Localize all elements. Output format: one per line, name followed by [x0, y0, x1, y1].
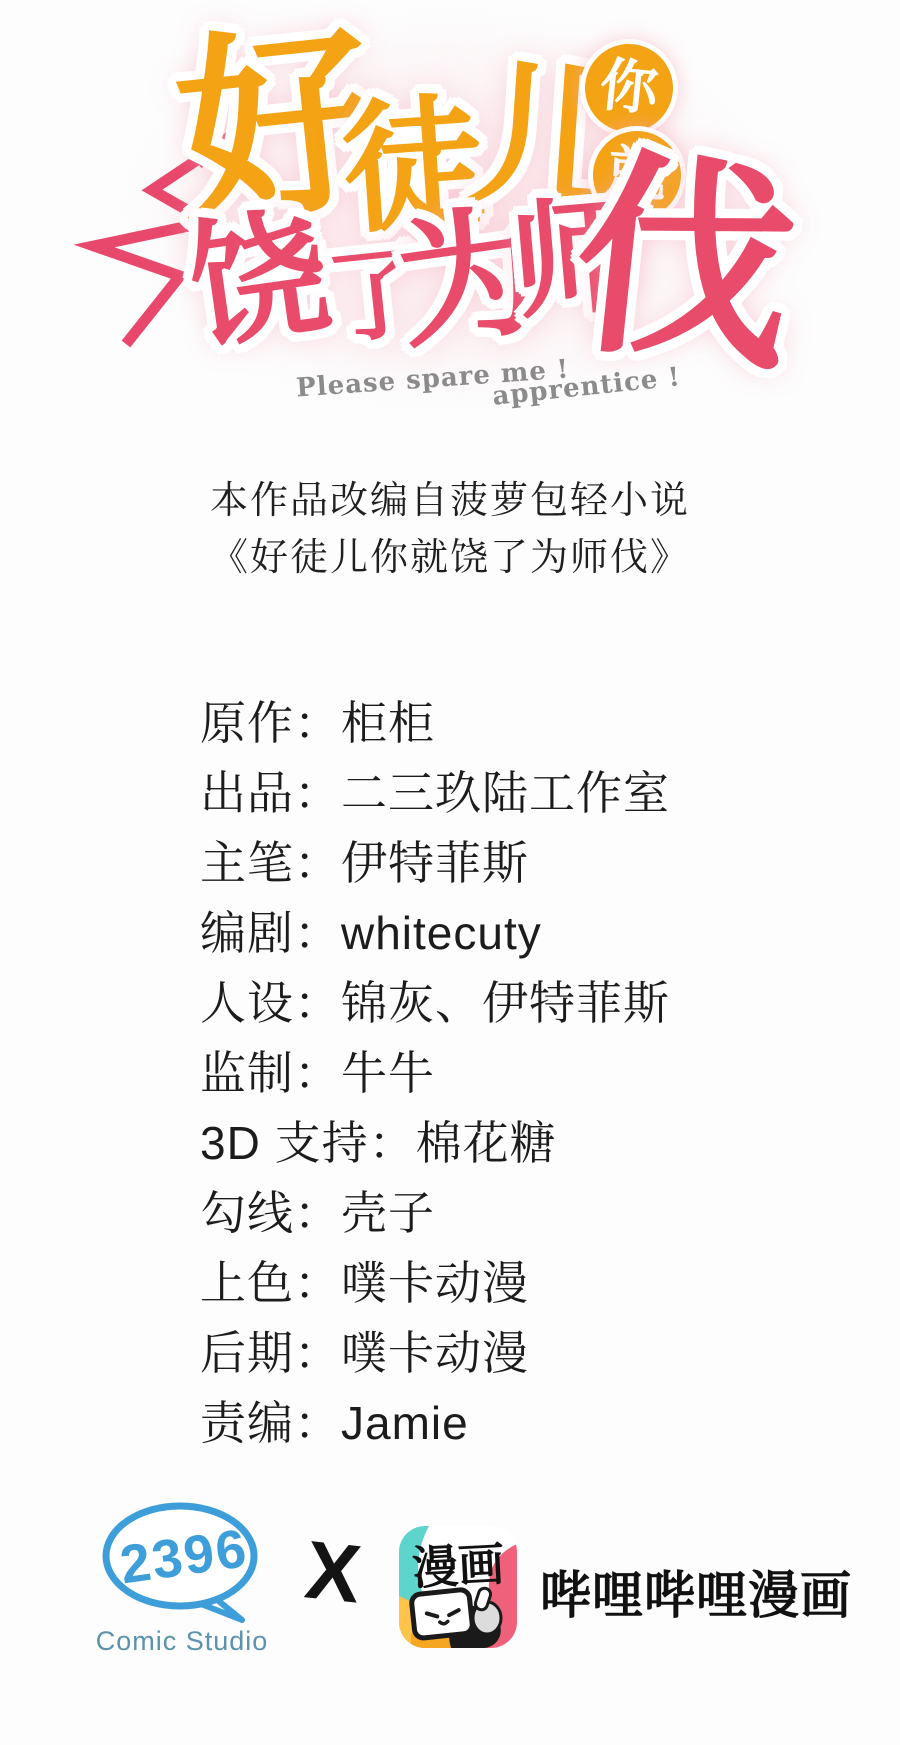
credit-row-supervisor: 监制：牛牛	[200, 1038, 670, 1108]
credit-role: 3D 支持	[200, 1117, 369, 1169]
credit-name: 二三玖陆工作室	[341, 767, 670, 819]
bilibili-manga-app-icon: 漫画	[399, 1526, 517, 1648]
credit-name: 棉花糖	[416, 1117, 557, 1169]
credit-name: 噗卡动漫	[341, 1327, 529, 1379]
comic-credits-page: 好 徒 儿 你 就 饶 了 为 师 伐 Please spare me ! ap…	[0, 0, 900, 1745]
credit-name: 噗卡动漫	[341, 1257, 529, 1309]
credit-row-screenwriter: 编剧：whitecuty	[200, 898, 670, 968]
credit-role: 原作	[200, 697, 294, 749]
adaptation-note: 本作品改编自菠萝包轻小说 《好徒儿你就饶了为师伐》	[0, 482, 900, 577]
credit-colon: ：	[369, 1117, 416, 1169]
credit-name: 牛牛	[341, 1047, 435, 1099]
credit-name: 伊特菲斯	[341, 837, 529, 889]
credit-row-lead-artist: 主笔：伊特菲斯	[200, 828, 670, 898]
credit-name: 壳子	[341, 1187, 435, 1239]
credit-row-coloring: 上色：噗卡动漫	[200, 1248, 670, 1318]
credit-name: Jamie	[341, 1397, 469, 1449]
credits-list: 原作：柜柜 出品：二三玖陆工作室 主笔：伊特菲斯 编剧：whitecuty 人设…	[200, 688, 670, 1458]
credit-colon: ：	[294, 1327, 341, 1379]
credit-colon: ：	[294, 1257, 341, 1309]
adaptation-line2: 《好徒儿你就饶了为师伐》	[0, 539, 900, 577]
credit-name: 锦灰、伊特菲斯	[341, 977, 670, 1029]
studio-2396-logo: 2396 Comic Studio	[92, 1498, 272, 1638]
credit-colon: ：	[294, 767, 341, 819]
credit-row-3d-support: 3D 支持：棉花糖	[200, 1108, 670, 1178]
credit-role: 编剧	[200, 907, 294, 959]
credit-role: 后期	[200, 1327, 294, 1379]
credit-role: 上色	[200, 1257, 294, 1309]
credit-role: 责编	[200, 1397, 294, 1449]
credit-row-original-author: 原作：柜柜	[200, 688, 670, 758]
credit-role: 主笔	[200, 837, 294, 889]
bilibili-icon-manhua-label: 漫画	[405, 1527, 510, 1598]
adaptation-line1: 本作品改编自菠萝包轻小说	[0, 482, 900, 520]
credit-role: 监制	[200, 1047, 294, 1099]
credit-name: 柜柜	[341, 697, 435, 749]
title-char-fa: 伐	[565, 145, 805, 385]
credit-colon: ：	[294, 697, 341, 749]
credit-row-editor: 责编：Jamie	[200, 1388, 670, 1458]
bilibili-manga-wordmark: 哔哩哔哩漫画	[540, 1554, 852, 1628]
title-char-rao: 饶	[181, 203, 337, 359]
credit-colon: ：	[294, 837, 341, 889]
credit-row-line-art: 勾线：壳子	[200, 1178, 670, 1248]
credit-colon: ：	[294, 977, 341, 1029]
credit-colon: ：	[294, 907, 341, 959]
collab-x-mark: X	[293, 1528, 373, 1617]
studio-logo-label: Comic Studio	[78, 1626, 286, 1657]
credit-row-character-design: 人设：锦灰、伊特菲斯	[200, 968, 670, 1038]
credit-row-post-production: 后期：噗卡动漫	[200, 1318, 670, 1388]
credit-role: 人设	[200, 977, 294, 1029]
credit-role: 出品	[200, 767, 294, 819]
credit-colon: ：	[294, 1047, 341, 1099]
credit-colon: ：	[294, 1187, 341, 1239]
credit-role: 勾线	[200, 1187, 294, 1239]
credit-name: whitecuty	[341, 907, 542, 959]
credit-row-producer: 出品：二三玖陆工作室	[200, 758, 670, 828]
credit-colon: ：	[294, 1397, 341, 1449]
